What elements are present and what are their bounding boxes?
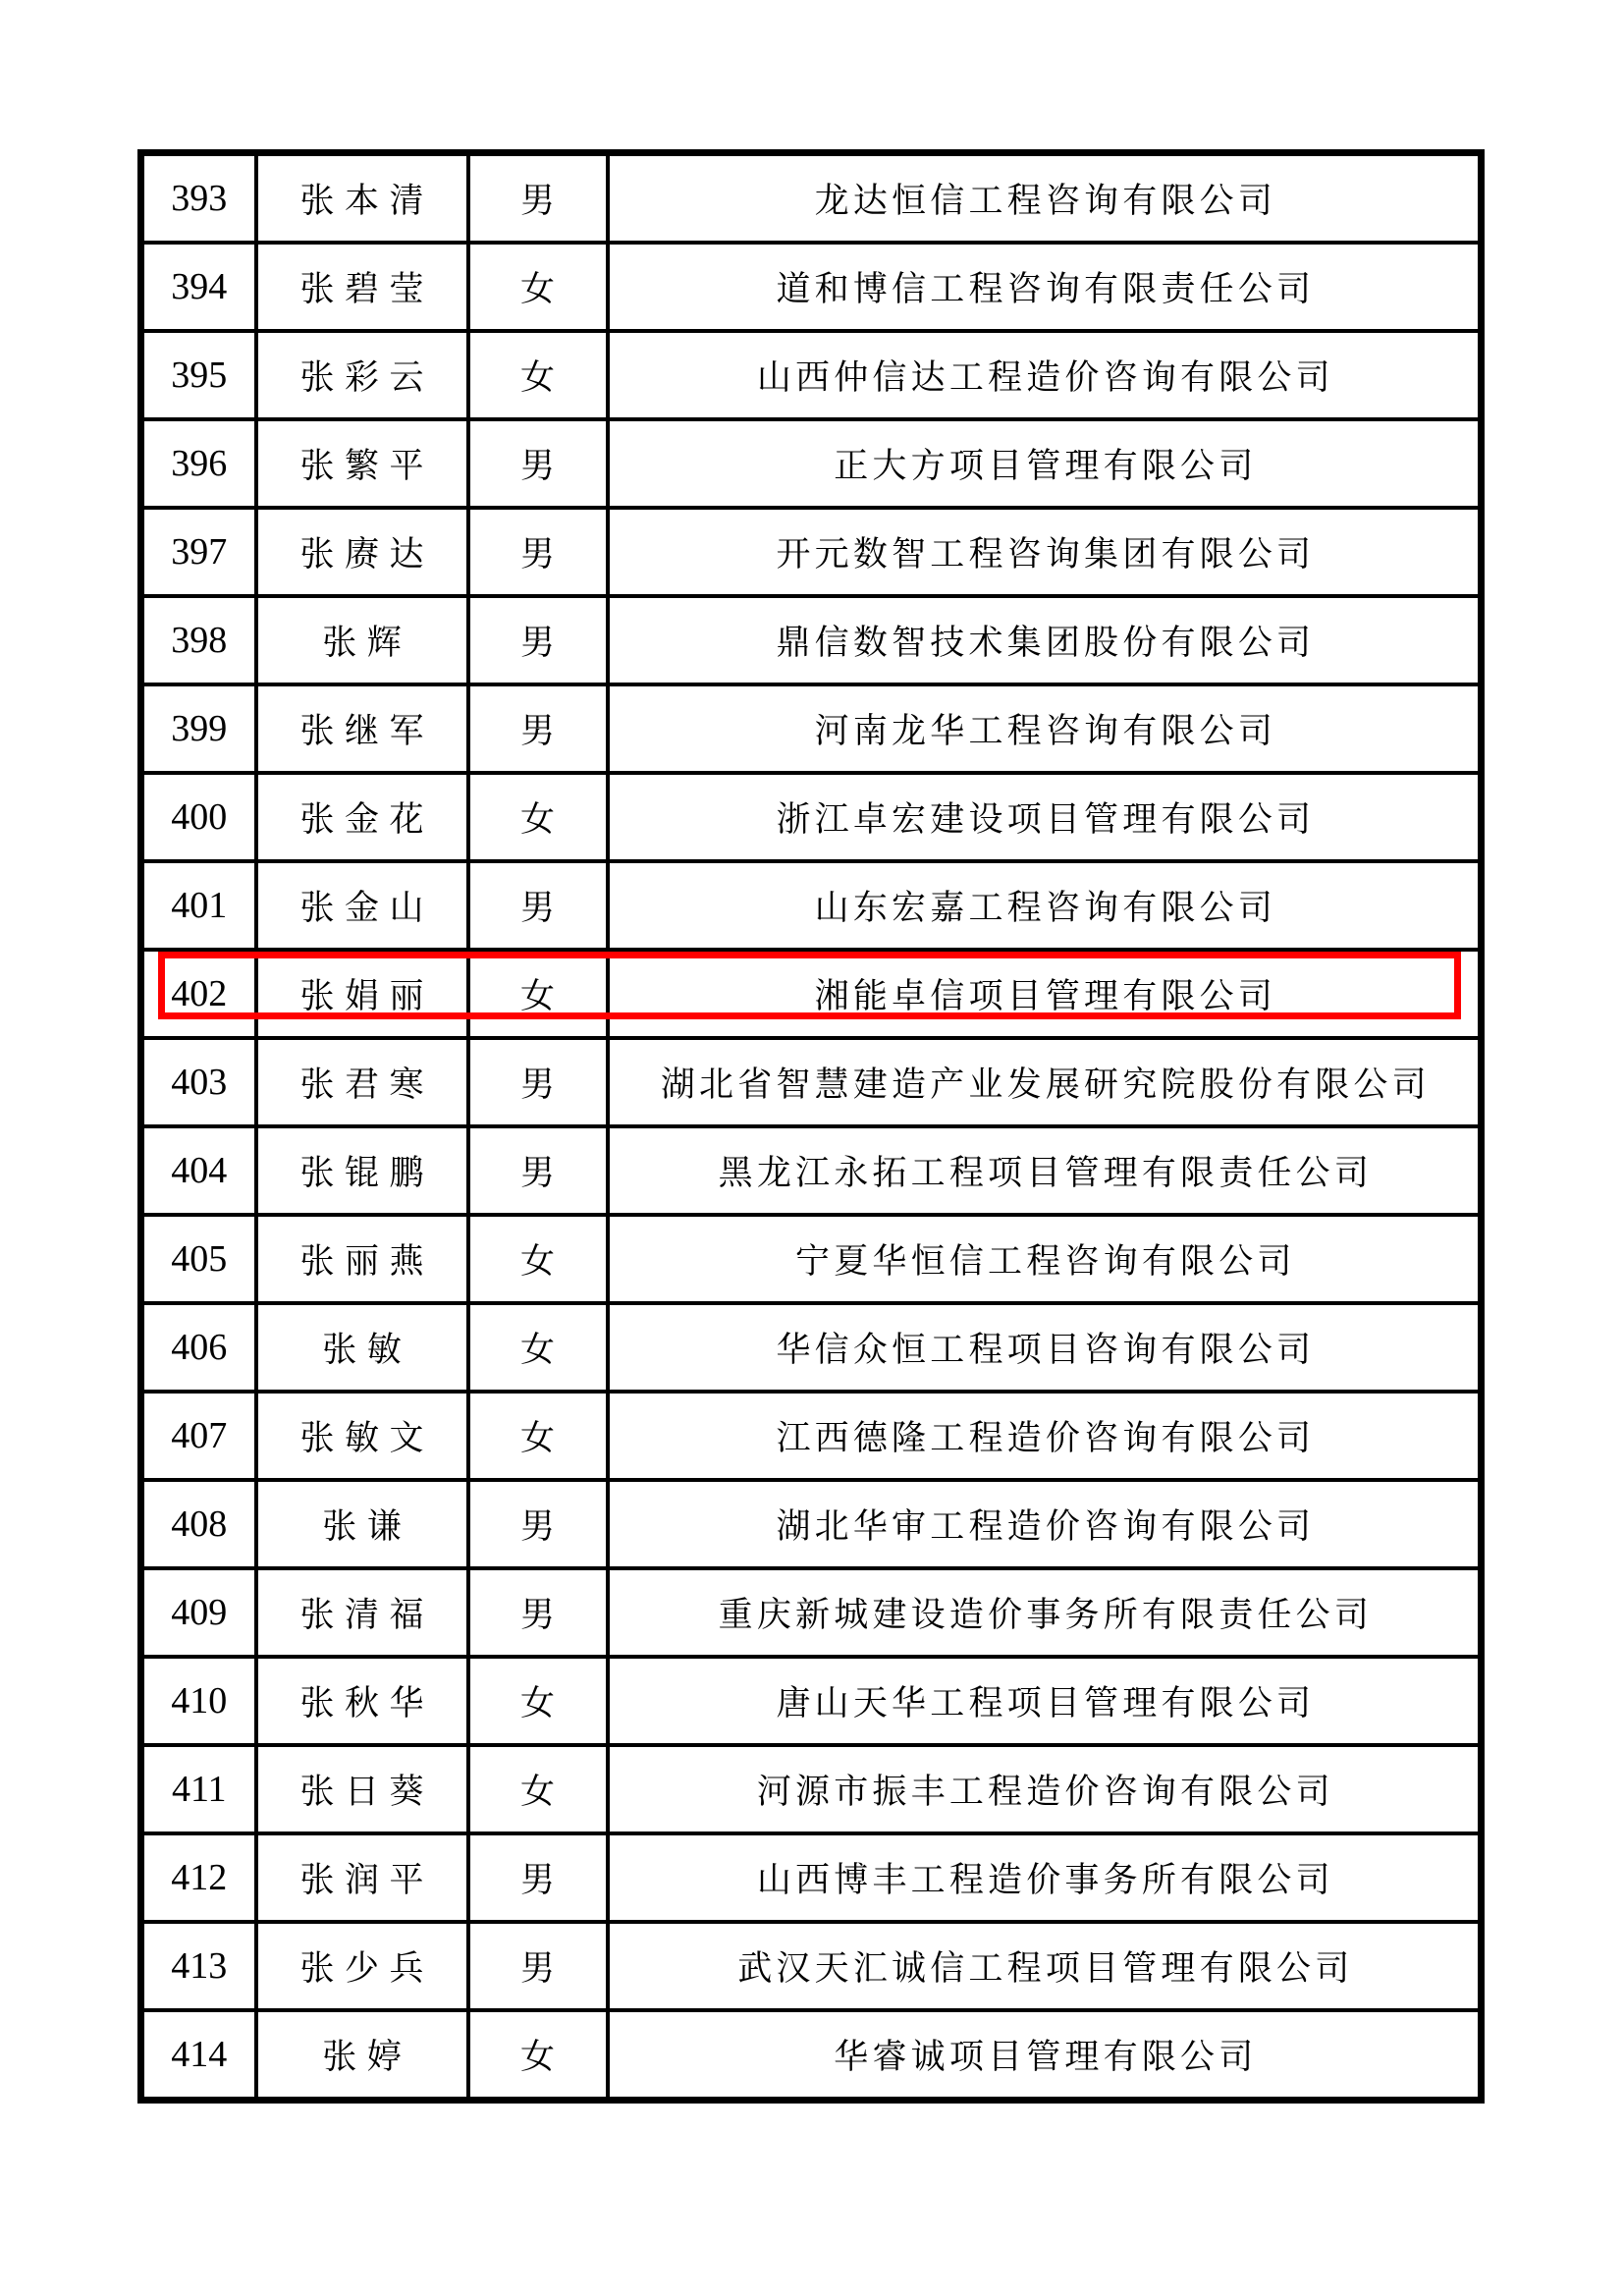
- gender-cell: 男: [468, 1922, 608, 2010]
- name-cell: 张金山: [256, 861, 468, 950]
- name-cell: 张金花: [256, 773, 468, 861]
- table-row: 395 张彩云 女 山西仲信达工程造价咨询有限公司: [141, 331, 1482, 419]
- gender-cell: 女: [468, 950, 608, 1038]
- name-cell: 张继军: [256, 684, 468, 773]
- gender-cell: 女: [468, 773, 608, 861]
- name-cell: 张丽燕: [256, 1215, 468, 1303]
- table-row: 407 张敏文 女 江西德隆工程造价咨询有限公司: [141, 1392, 1482, 1480]
- name-cell: 张君寒: [256, 1038, 468, 1126]
- gender-cell: 男: [468, 861, 608, 950]
- gender-cell: 女: [468, 1745, 608, 1833]
- name-cell: 张谦: [256, 1480, 468, 1568]
- row-number-cell: 410: [141, 1657, 256, 1745]
- company-cell: 开元数智工程咨询集团有限公司: [608, 508, 1482, 596]
- table-row: 397 张赓达 男 开元数智工程咨询集团有限公司: [141, 508, 1482, 596]
- row-number-cell: 409: [141, 1568, 256, 1657]
- company-cell: 河南龙华工程咨询有限公司: [608, 684, 1482, 773]
- company-cell: 河源市振丰工程造价咨询有限公司: [608, 1745, 1482, 1833]
- table-row: 403 张君寒 男 湖北省智慧建造产业发展研究院股份有限公司: [141, 1038, 1482, 1126]
- name-cell: 张敏文: [256, 1392, 468, 1480]
- document-page: 393 张本清 男 龙达恒信工程咨询有限公司 394 张碧莹 女 道和博信工程咨…: [0, 0, 1624, 2296]
- table-row: 393 张本清 男 龙达恒信工程咨询有限公司: [141, 153, 1482, 244]
- row-number-cell: 402: [141, 950, 256, 1038]
- gender-cell: 女: [468, 1303, 608, 1392]
- roster-table: 393 张本清 男 龙达恒信工程咨询有限公司 394 张碧莹 女 道和博信工程咨…: [137, 149, 1485, 2104]
- table-row: 411 张日葵 女 河源市振丰工程造价咨询有限公司: [141, 1745, 1482, 1833]
- gender-cell: 男: [468, 596, 608, 684]
- row-number-cell: 407: [141, 1392, 256, 1480]
- table-row: 399 张继军 男 河南龙华工程咨询有限公司: [141, 684, 1482, 773]
- company-cell: 道和博信工程咨询有限责任公司: [608, 243, 1482, 331]
- gender-cell: 女: [468, 331, 608, 419]
- table-row: 409 张清福 男 重庆新城建设造价事务所有限责任公司: [141, 1568, 1482, 1657]
- name-cell: 张辉: [256, 596, 468, 684]
- table-row: 406 张敏 女 华信众恒工程项目咨询有限公司: [141, 1303, 1482, 1392]
- row-number-cell: 413: [141, 1922, 256, 2010]
- table-row: 401 张金山 男 山东宏嘉工程咨询有限公司: [141, 861, 1482, 950]
- table-row: 396 张繁平 男 正大方项目管理有限公司: [141, 419, 1482, 508]
- row-number-cell: 396: [141, 419, 256, 508]
- company-cell: 山东宏嘉工程咨询有限公司: [608, 861, 1482, 950]
- table-row: 410 张秋华 女 唐山天华工程项目管理有限公司: [141, 1657, 1482, 1745]
- name-cell: 张繁平: [256, 419, 468, 508]
- company-cell: 湘能卓信项目管理有限公司: [608, 950, 1482, 1038]
- name-cell: 张碧莹: [256, 243, 468, 331]
- name-cell: 张润平: [256, 1833, 468, 1922]
- row-number-cell: 398: [141, 596, 256, 684]
- row-number-cell: 414: [141, 2010, 256, 2101]
- gender-cell: 女: [468, 1392, 608, 1480]
- row-number-cell: 406: [141, 1303, 256, 1392]
- company-cell: 山西博丰工程造价事务所有限公司: [608, 1833, 1482, 1922]
- row-number-cell: 395: [141, 331, 256, 419]
- row-number-cell: 401: [141, 861, 256, 950]
- company-cell: 湖北省智慧建造产业发展研究院股份有限公司: [608, 1038, 1482, 1126]
- company-cell: 江西德隆工程造价咨询有限公司: [608, 1392, 1482, 1480]
- table-row: 405 张丽燕 女 宁夏华恒信工程咨询有限公司: [141, 1215, 1482, 1303]
- row-number-cell: 393: [141, 153, 256, 244]
- gender-cell: 男: [468, 1480, 608, 1568]
- gender-cell: 女: [468, 1215, 608, 1303]
- company-cell: 华睿诚项目管理有限公司: [608, 2010, 1482, 2101]
- name-cell: 张彩云: [256, 331, 468, 419]
- company-cell: 正大方项目管理有限公司: [608, 419, 1482, 508]
- row-number-cell: 412: [141, 1833, 256, 1922]
- company-cell: 黑龙江永拓工程项目管理有限责任公司: [608, 1126, 1482, 1215]
- gender-cell: 男: [468, 684, 608, 773]
- table-row: 414 张婷 女 华睿诚项目管理有限公司: [141, 2010, 1482, 2101]
- company-cell: 浙江卓宏建设项目管理有限公司: [608, 773, 1482, 861]
- table-row: 408 张谦 男 湖北华审工程造价咨询有限公司: [141, 1480, 1482, 1568]
- row-number-cell: 397: [141, 508, 256, 596]
- gender-cell: 男: [468, 508, 608, 596]
- company-cell: 鼎信数智技术集团股份有限公司: [608, 596, 1482, 684]
- name-cell: 张秋华: [256, 1657, 468, 1745]
- row-number-cell: 403: [141, 1038, 256, 1126]
- gender-cell: 女: [468, 1657, 608, 1745]
- company-cell: 宁夏华恒信工程咨询有限公司: [608, 1215, 1482, 1303]
- gender-cell: 男: [468, 1568, 608, 1657]
- name-cell: 张少兵: [256, 1922, 468, 2010]
- gender-cell: 男: [468, 1126, 608, 1215]
- company-cell: 华信众恒工程项目咨询有限公司: [608, 1303, 1482, 1392]
- table-row-highlighted: 402 张娟丽 女 湘能卓信项目管理有限公司: [141, 950, 1482, 1038]
- gender-cell: 男: [468, 1038, 608, 1126]
- table-row: 412 张润平 男 山西博丰工程造价事务所有限公司: [141, 1833, 1482, 1922]
- table-row: 400 张金花 女 浙江卓宏建设项目管理有限公司: [141, 773, 1482, 861]
- row-number-cell: 394: [141, 243, 256, 331]
- row-number-cell: 400: [141, 773, 256, 861]
- gender-cell: 男: [468, 419, 608, 508]
- company-cell: 唐山天华工程项目管理有限公司: [608, 1657, 1482, 1745]
- name-cell: 张清福: [256, 1568, 468, 1657]
- name-cell: 张敏: [256, 1303, 468, 1392]
- company-cell: 湖北华审工程造价咨询有限公司: [608, 1480, 1482, 1568]
- row-number-cell: 404: [141, 1126, 256, 1215]
- company-cell: 重庆新城建设造价事务所有限责任公司: [608, 1568, 1482, 1657]
- table-row: 394 张碧莹 女 道和博信工程咨询有限责任公司: [141, 243, 1482, 331]
- company-cell: 武汉天汇诚信工程项目管理有限公司: [608, 1922, 1482, 2010]
- gender-cell: 女: [468, 243, 608, 331]
- gender-cell: 男: [468, 1833, 608, 1922]
- gender-cell: 女: [468, 2010, 608, 2101]
- table-row: 404 张锟鹏 男 黑龙江永拓工程项目管理有限责任公司: [141, 1126, 1482, 1215]
- company-cell: 山西仲信达工程造价咨询有限公司: [608, 331, 1482, 419]
- row-number-cell: 405: [141, 1215, 256, 1303]
- name-cell: 张日葵: [256, 1745, 468, 1833]
- name-cell: 张赓达: [256, 508, 468, 596]
- gender-cell: 男: [468, 153, 608, 244]
- name-cell: 张婷: [256, 2010, 468, 2101]
- company-cell: 龙达恒信工程咨询有限公司: [608, 153, 1482, 244]
- table-row: 398 张辉 男 鼎信数智技术集团股份有限公司: [141, 596, 1482, 684]
- row-number-cell: 411: [141, 1745, 256, 1833]
- name-cell: 张锟鹏: [256, 1126, 468, 1215]
- row-number-cell: 408: [141, 1480, 256, 1568]
- name-cell: 张娟丽: [256, 950, 468, 1038]
- table-row: 413 张少兵 男 武汉天汇诚信工程项目管理有限公司: [141, 1922, 1482, 2010]
- row-number-cell: 399: [141, 684, 256, 773]
- name-cell: 张本清: [256, 153, 468, 244]
